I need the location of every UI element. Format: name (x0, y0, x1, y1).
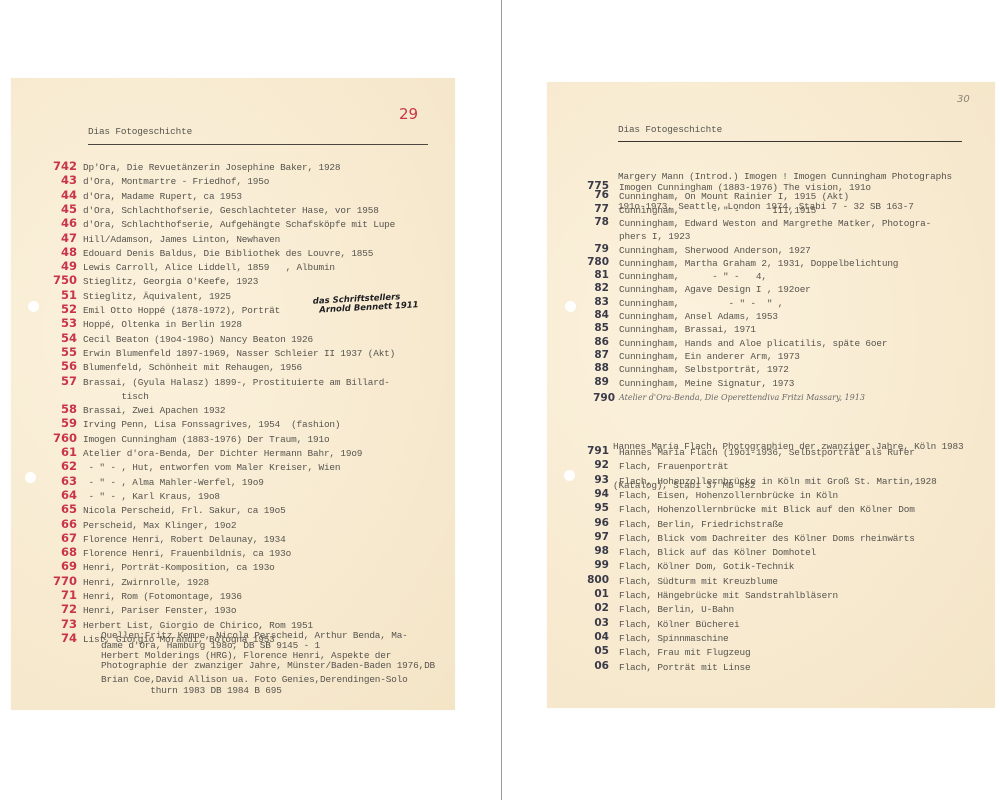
entry-number: 55 (45, 346, 77, 358)
entry-text: Cunningham, - " - " , (619, 298, 783, 309)
entry-text: Henri, Pariser Fenster, 193o (83, 605, 236, 616)
entry-number: 742 (45, 160, 77, 172)
entry-text: Erwin Blumenfeld 1897-1969, Nasser Schle… (83, 348, 395, 359)
entry-text: Stieglitz, Georgia O'Keefe, 1923 (83, 276, 258, 287)
entry-number: 72 (45, 603, 77, 615)
entry-text: Flach, Südturm mit Kreuzblume (619, 576, 778, 587)
entry-text: Cunningham, Selbstporträt, 1972 (619, 364, 789, 375)
entry-text: Herbert List, Giorgio de Chirico, Rom 19… (83, 620, 313, 631)
entry-number: 87 (577, 349, 609, 361)
entry-text: Florence Henri, Robert Delaunay, 1934 (83, 534, 286, 545)
entry-text: d'Ora, Schlachthofserie, Geschlachteter … (83, 205, 379, 216)
entry-text: Edouard Denis Baldus, Die Bibliothek des… (83, 248, 373, 259)
entry-number: 04 (577, 631, 609, 643)
entry-number: 63 (45, 475, 77, 487)
entry-number: 71 (45, 589, 77, 601)
entry-number: 92 (577, 459, 609, 471)
entry-text: Flach, Kölner Dom, Gotik-Technik (619, 561, 794, 572)
entry-text: Cunningham, Brassai, 1971 (619, 324, 756, 335)
entry-number: 97 (577, 531, 609, 543)
punch-hole (25, 472, 36, 483)
entry-number: 79 (577, 243, 609, 255)
entry-text: Hill/Adamson, James Linton, Newhaven (83, 234, 280, 245)
entry-text: Cunningham, On Mount Rainier I, 1915 (Ak… (619, 191, 849, 202)
entry-text: Flach, Spinnmaschine (619, 633, 729, 644)
entry-number: 06 (577, 660, 609, 672)
entry-number: 77 (577, 203, 609, 215)
entry-number: 49 (45, 260, 77, 272)
entry-text: Cunningham, Edward Weston and Margrethe … (619, 218, 931, 229)
entry-text: Stieglitz, Äquivalent, 1925 (83, 291, 231, 302)
page-number: 29 (399, 105, 418, 123)
entry-text: Cunningham, Sherwood Anderson, 1927 (619, 245, 811, 256)
entry-number: 73 (45, 618, 77, 630)
entry-text: Cunningham, Meine Signatur, 1973 (619, 378, 794, 389)
entry-text: Cunningham, Ansel Adams, 1953 (619, 311, 778, 322)
entry-number: 51 (45, 289, 77, 301)
entry-text: Atelier d'ora-Benda, Der Dichter Hermann… (83, 448, 362, 459)
entry-number: 780 (577, 256, 609, 268)
source-line: Photographie der zwanziger Jahre, Münste… (101, 661, 435, 671)
entry-text: Flach, Hohenzollernbrücke mit Blick auf … (619, 504, 915, 515)
entry-text: Brassai, Zwei Apachen 1932 (83, 405, 225, 416)
entry-number: 791 (577, 445, 609, 457)
entry-text: Flach, Frauenporträt (619, 461, 729, 472)
entry-text: Flach, Hohenzollernbrücke in Köln mit Gr… (619, 476, 937, 487)
entry-number: 95 (577, 502, 609, 514)
entry-number: 760 (45, 432, 77, 444)
entry-text: Cunningham, Hands and Aloe plicatilis, s… (619, 338, 887, 349)
source-line: thurn 1983 DB 1984 B 695 (101, 686, 435, 696)
entry-number: 81 (577, 269, 609, 281)
entry-number: 750 (45, 274, 77, 286)
entry-number: 61 (45, 446, 77, 458)
entry-text: Cunningham, - " - III,1915 (619, 205, 816, 216)
entry-text: Henri, Zwirnrolle, 1928 (83, 577, 209, 588)
entry-text: Cunningham, Martha Graham 2, 1931, Doppe… (619, 258, 898, 269)
entry-text: Flach, Frau mit Flugzeug (619, 647, 750, 658)
entry-number: 86 (577, 336, 609, 348)
entry-number: 93 (577, 474, 609, 486)
entry-number: 57 (45, 375, 77, 387)
entry-text: Cecil Beaton (19o4-198o) Nancy Beaton 19… (83, 334, 313, 345)
entry-number: 96 (577, 517, 609, 529)
entry-number: 53 (45, 317, 77, 329)
entry-text: Cunningham, Agave Design I , 192oer (619, 284, 811, 295)
entry-text: d'Ora, Schlachthofserie, Aufgehängte Sch… (83, 219, 395, 230)
entry-text: Flach, Eisen, Hohenzollernbrücke in Köln (619, 490, 838, 501)
entry-text: Henri, Rom (Fotomontage, 1936 (83, 591, 242, 602)
entry-number: 74 (45, 632, 77, 644)
sources-block: Quellen:Fritz Kempe, Nicola Perscheid, A… (101, 631, 435, 696)
entry-number: 43 (45, 174, 77, 186)
entry-number: 44 (45, 189, 77, 201)
entry-number: 89 (577, 376, 609, 388)
entry-number: 64 (45, 489, 77, 501)
entry-number: 02 (577, 602, 609, 614)
entry-text: Flach, Blick vom Dachreiter des Kölner D… (619, 533, 915, 544)
entry-text: Henri, Porträt-Komposition, ca 193o (83, 562, 275, 573)
page-header: Dias Fotogeschichte (618, 124, 722, 135)
entry-text: phers I, 1923 (619, 231, 690, 242)
entry-number: 67 (45, 532, 77, 544)
entry-number: 78 (577, 216, 609, 228)
entry-number: 56 (45, 360, 77, 372)
entry-number: 99 (577, 559, 609, 571)
entry-text: Perscheid, Max Klinger, 19o2 (83, 520, 236, 531)
entry-number: 01 (577, 588, 609, 600)
entry-number: 52 (45, 303, 77, 315)
entry-number: 790 (583, 392, 615, 404)
entry-number: 46 (45, 217, 77, 229)
document-page-right: 30 Dias Fotogeschichte Margery Mann (Int… (547, 82, 995, 708)
entry-text: Flach, Berlin, U-Bahn (619, 604, 734, 615)
header-rule (618, 141, 962, 142)
entry-number: 65 (45, 503, 77, 515)
entry-number: 54 (45, 332, 77, 344)
entry-text: Flach, Blick auf das Kölner Domhotel (619, 547, 816, 558)
entry-text: Brassai, (Gyula Halasz) 1899-, Prostitui… (83, 377, 390, 388)
intro-line: Margery Mann (Introd.) Imogen ! Imogen C… (618, 172, 952, 182)
entry-text: d'Ora, Montmartre - Friedhof, 195o (83, 176, 269, 187)
page-spread-divider (501, 0, 502, 800)
handwritten-note: das Schriftstellers Arnold Bennett 1911 (313, 292, 419, 315)
entry-text: Blumenfeld, Schönheit mit Rehaugen, 1956 (83, 362, 302, 373)
entry-number: 66 (45, 518, 77, 530)
entry-text: - " - , Alma Mahler-Werfel, 19o9 (83, 477, 264, 488)
entry-text: Atelier d'Ora-Benda, Die Operettendiva F… (619, 393, 865, 402)
entry-number: 03 (577, 617, 609, 629)
entry-text: Hoppé, Oltenka in Berlin 1928 (83, 319, 242, 330)
punch-hole (565, 301, 576, 312)
entry-text: Flach, Kölner Bücherei (619, 619, 739, 630)
entry-text: Nicola Perscheid, Frl. Sakur, ca 19o5 (83, 505, 286, 516)
punch-hole (564, 470, 575, 481)
header-rule (88, 144, 428, 145)
entry-text: Irving Penn, Lisa Fonssagrives, 1954 (fa… (83, 419, 340, 430)
entry-text: Cunningham, Ein anderer Arm, 1973 (619, 351, 800, 362)
entry-text: - " - , Karl Kraus, 19o8 (83, 491, 220, 502)
entry-number: 94 (577, 488, 609, 500)
entry-text: Florence Henri, Frauenbildnis, ca 193o (83, 548, 291, 559)
entry-number: 85 (577, 322, 609, 334)
entry-number: 83 (577, 296, 609, 308)
entry-text: d'Ora, Madame Rupert, ca 1953 (83, 191, 242, 202)
entry-number: 48 (45, 246, 77, 258)
entry-text: Emil Otto Hoppé (1878-1972), Porträt (83, 305, 280, 316)
entry-text: Flach, Porträt mit Linse (619, 662, 750, 673)
entry-text: Imogen Cunningham (1883-1976) Der Traum,… (83, 434, 329, 445)
entry-number: 58 (45, 403, 77, 415)
page-header: Dias Fotogeschichte (88, 126, 192, 137)
entry-number: 800 (577, 574, 609, 586)
entry-number: 68 (45, 546, 77, 558)
entry-number: 69 (45, 560, 77, 572)
punch-hole (28, 301, 39, 312)
entry-number: 770 (45, 575, 77, 587)
entry-number: 98 (577, 545, 609, 557)
entry-text: Lewis Carroll, Alice Liddell, 1859 , Alb… (83, 262, 335, 273)
page-number: 30 (957, 94, 970, 105)
entry-text: Hannes Maria Flach (19o1-1936, Selbstpor… (619, 447, 915, 458)
entry-number: 82 (577, 282, 609, 294)
entry-number: 88 (577, 362, 609, 374)
entry-number: 76 (577, 189, 609, 201)
entry-text: Flach, Hängebrücke mit Sandstrahlbläsern (619, 590, 838, 601)
entry-text: Cunningham, - " - 4, (619, 271, 767, 282)
entry-number: 59 (45, 417, 77, 429)
entry-text: tisch (83, 391, 149, 402)
entry-text: Flach, Berlin, Friedrichstraße (619, 519, 783, 530)
entry-text: Dp'Ora, Die Revuetänzerin Josephine Bake… (83, 162, 340, 173)
entry-number: 47 (45, 232, 77, 244)
entry-number: 62 (45, 460, 77, 472)
entry-number: 05 (577, 645, 609, 657)
document-page-left: 29 Dias Fotogeschichte 742Dp'Ora, Die Re… (11, 78, 455, 710)
entry-number: 84 (577, 309, 609, 321)
entry-text: - " - , Hut, entworfen vom Maler Kreiser… (83, 462, 340, 473)
entry-number: 45 (45, 203, 77, 215)
